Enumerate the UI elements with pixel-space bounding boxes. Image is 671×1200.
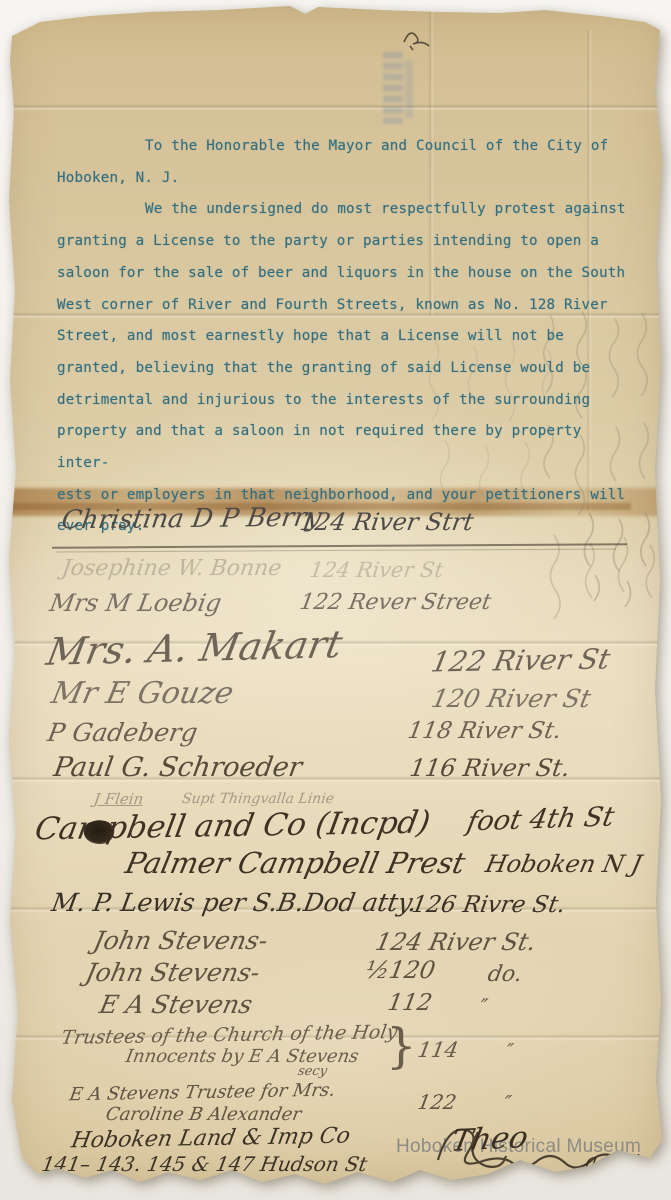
signature-address: ½120 — [364, 956, 438, 984]
brace-mark: } — [386, 1018, 417, 1074]
signature-address: 122 Rever Street — [298, 590, 493, 615]
typed-line: granting a License to the party or parti… — [57, 226, 632, 258]
signature-name: Theo — [448, 1120, 531, 1159]
signature-title: Supt Thingvalla Linie — [181, 791, 335, 807]
signature-name: Hoboken Land & Imp Co — [69, 1124, 352, 1154]
signature-name: John Stevens- — [91, 926, 271, 955]
ditto-mark: do. — [486, 962, 524, 987]
typed-line: West corner of River and Fourth Streets,… — [57, 290, 632, 322]
signature-address: 141– 143. 145 & 147 Hudson St — [40, 1152, 369, 1176]
signature-name: Josephine W. Bonne — [60, 556, 283, 581]
signature-address: foot 4th St — [464, 801, 616, 837]
signature-name: M. P. Lewis per S.B.Dod atty. — [49, 888, 419, 917]
signature-address: 112 — [386, 990, 434, 1016]
signature-name: Mrs M Loebig — [48, 589, 224, 617]
scanned-document: To the Honorable the Mayor and Council o… — [0, 0, 671, 1200]
paper-sheet: To the Honorable the Mayor and Council o… — [0, 0, 671, 1200]
typed-line: We the undersigned do most respectfully … — [57, 194, 632, 226]
typed-line: property and that a saloon in not requir… — [57, 416, 632, 479]
signature-name-line2: Caroline B Alexander — [104, 1104, 303, 1125]
typed-line: Hoboken, N. J. — [57, 163, 632, 195]
signature-name: E A Stevens — [97, 990, 255, 1019]
signature-name: Mr E Gouze — [48, 676, 236, 711]
signature-address: 124 River St. — [373, 928, 539, 956]
signature-title: agent — [584, 1150, 643, 1172]
signature-name: Paul G. Schroeder — [52, 752, 305, 783]
signature-address: 118 River St. — [406, 718, 564, 744]
signature-address: Hoboken N J — [483, 850, 644, 878]
signature-name: Mrs. A. Makart — [43, 622, 346, 674]
signature-address: 124 River St — [308, 558, 444, 582]
signature-address: 122 River St — [428, 642, 613, 678]
signature-address: 116 River St. — [408, 754, 572, 782]
typed-line: granted, believing that the granting of … — [57, 353, 632, 385]
signature-name: J Flein — [93, 790, 145, 808]
faint-ink-stamp — [405, 60, 413, 118]
signature-name: E A Stevens Trustee for Mrs. — [68, 1080, 337, 1106]
paper-surface: To the Honorable the Mayor and Council o… — [0, 0, 671, 1200]
ditto-mark: ″ — [504, 1040, 515, 1062]
signature-address: 124 River Strt — [298, 508, 476, 536]
typed-line: To the Honorable the Mayor and Council o… — [57, 131, 632, 163]
signature-name: Trustees of the Church of the Holy — [60, 1021, 399, 1049]
typed-petition-text: To the Honorable the Mayor and Council o… — [57, 131, 632, 543]
ink-scribble — [400, 22, 440, 52]
ruled-line — [56, 549, 616, 553]
fold-crease — [0, 104, 671, 111]
signature-address: 120 River St — [429, 684, 594, 713]
faint-ink-stamp — [383, 52, 403, 124]
signature-title: secy — [297, 1064, 329, 1079]
signature-name: Palmer Campbell Prest — [122, 846, 468, 880]
signature-address: 126 Rivre St. — [410, 892, 568, 918]
signature-address: 122 — [416, 1090, 458, 1114]
signature-name: P Gadeberg — [45, 718, 199, 747]
signature-name: John Stevens- — [83, 958, 263, 987]
signature-address: 114 — [416, 1038, 460, 1062]
ditto-mark: ″ — [478, 994, 490, 1018]
ruled-line — [52, 543, 627, 549]
typed-line: saloon for the sale of beer and liquors … — [57, 258, 632, 290]
typed-line: Street, and most earnestly hope that a L… — [57, 321, 632, 353]
signature-name: Christina D P Berry — [60, 503, 324, 536]
typed-line: detrimental and injurious to the interes… — [57, 385, 632, 417]
ditto-mark: ″ — [502, 1092, 513, 1114]
